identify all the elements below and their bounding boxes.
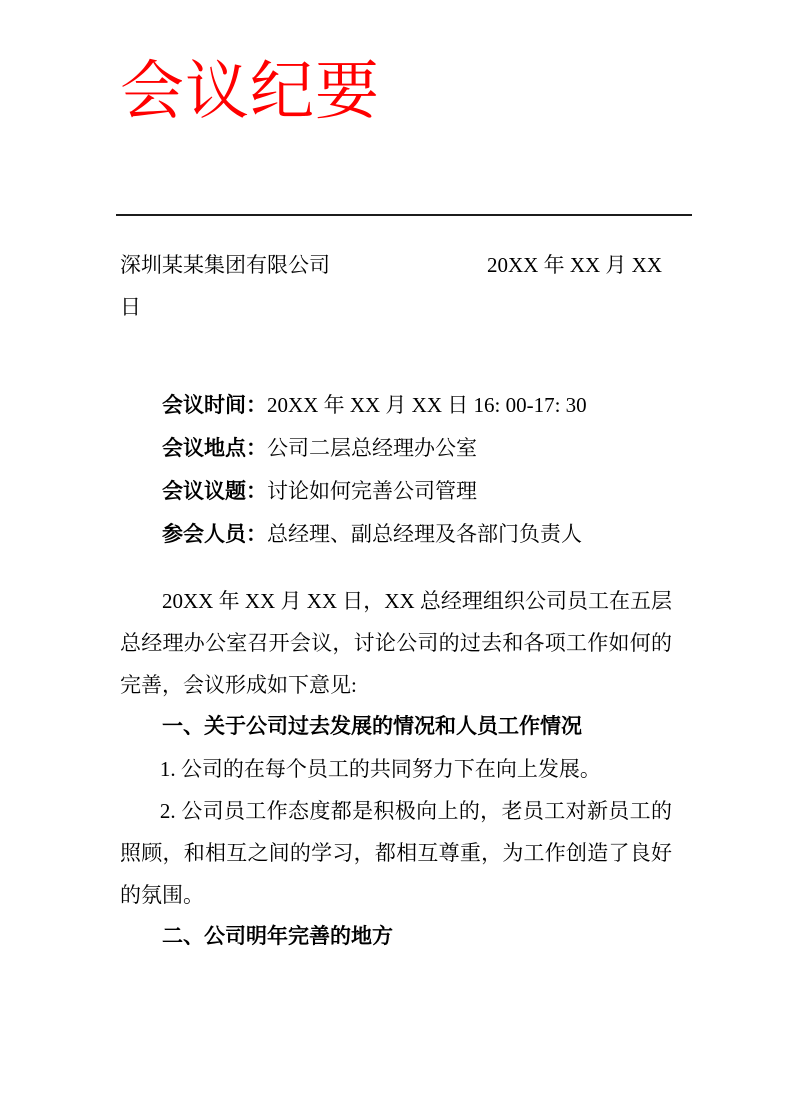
document-content: 会议纪要 深圳某某集团有限公司 20XX 年 XX 月 XX 日 会议时间：20… — [0, 0, 792, 958]
horizontal-rule — [116, 214, 692, 216]
meeting-attendees-label: 参会人员： — [162, 523, 267, 546]
meeting-topic-label: 会议议题： — [162, 480, 267, 503]
section-1-item-2: 2. 公司员工作态度都是积极向上的，老员工对新员工的照顾，和相互之间的学习，都相… — [120, 790, 672, 916]
meeting-attendees-value: 总经理、副总经理及各部门负责人 — [267, 522, 582, 546]
meeting-meta-block: 会议时间：20XX 年 XX 月 XX 日 16: 00-17: 30 会议地点… — [120, 384, 672, 556]
meeting-topic-line: 会议议题：讨论如何完善公司管理 — [120, 470, 672, 513]
section-2-heading: 二、公司明年完善的地方 — [120, 916, 672, 958]
meeting-place-value: 公司二层总经理办公室 — [267, 436, 477, 460]
document-date-wrapped-char: 日 — [120, 286, 672, 328]
document-date: 20XX 年 XX 月 XX — [487, 244, 672, 286]
meeting-place-line: 会议地点：公司二层总经理办公室 — [120, 427, 672, 470]
meeting-place-label: 会议地点： — [162, 437, 267, 460]
meeting-topic-value: 讨论如何完善公司管理 — [267, 479, 477, 503]
meeting-time-line: 会议时间：20XX 年 XX 月 XX 日 16: 00-17: 30 — [120, 384, 672, 427]
document-page: 会议纪要 深圳某某集团有限公司 20XX 年 XX 月 XX 日 会议时间：20… — [0, 0, 792, 1120]
document-title: 会议纪要 — [120, 0, 672, 128]
intro-paragraph: 20XX 年 XX 月 XX 日，XX 总经理组织公司员工在五层总经理办公室召开… — [120, 580, 672, 706]
meeting-time-label: 会议时间： — [162, 394, 267, 417]
section-1-heading: 一、关于公司过去发展的情况和人员工作情况 — [120, 706, 672, 748]
meeting-time-value: 20XX 年 XX 月 XX 日 16: 00-17: 30 — [267, 393, 587, 417]
meeting-attendees-line: 参会人员：总经理、副总经理及各部门负责人 — [120, 513, 672, 556]
company-date-row: 深圳某某集团有限公司 20XX 年 XX 月 XX — [120, 244, 672, 286]
company-name: 深圳某某集团有限公司 — [120, 244, 330, 286]
section-1-item-1: 1. 公司的在每个员工的共同努力下在向上发展。 — [120, 748, 672, 790]
